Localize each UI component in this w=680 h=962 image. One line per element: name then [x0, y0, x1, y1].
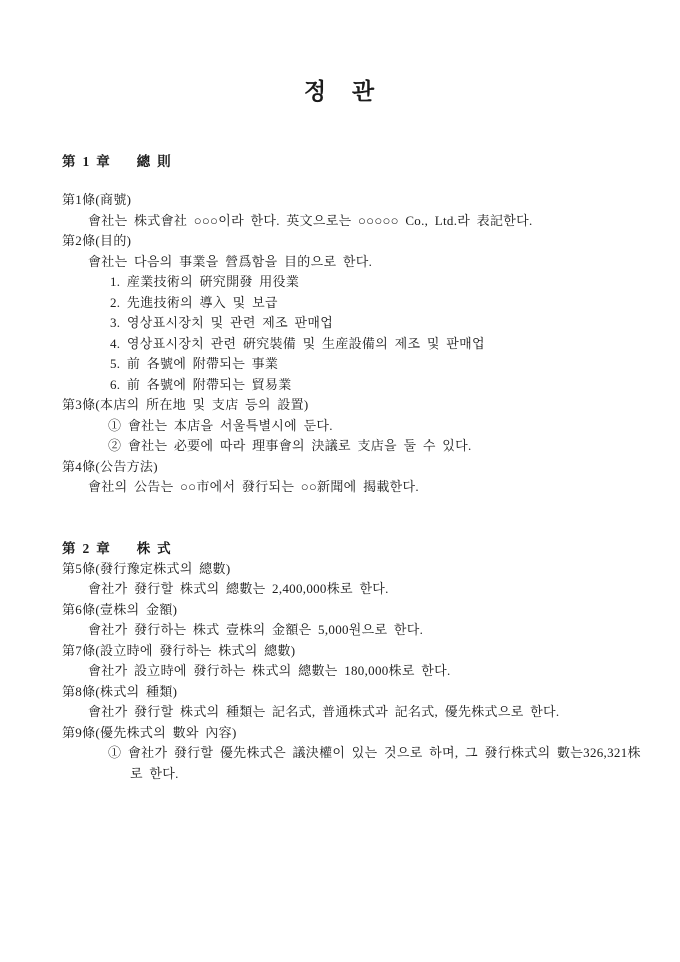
- article-6: 第6條(壹株의 金額) 會社가 發行하는 株式 壹株의 金額은 5,000원으로…: [0, 600, 680, 641]
- article-1: 第1條(商號) 會社는 株式會社 ○○○이라 한다. 英文으로는 ○○○○○ C…: [0, 190, 680, 231]
- business-item: 3. 영상표시장치 및 관련 제조 판매업: [0, 313, 680, 334]
- chapter-1-heading: 第 1 章 總 則: [0, 151, 680, 172]
- article-8: 第8條(株式의 種類) 會社가 發行할 株式의 種類는 記名式, 普通株式과 記…: [0, 682, 680, 723]
- article-8-body-line: 會社가 發行할 株式의 種類는 記名式, 普通株式과 記名式, 優先株式으로 한…: [0, 702, 680, 723]
- article-5-heading: 第5條(發行豫定株式의 總數): [0, 559, 680, 580]
- article-4-body-line: 會社의 公告는 ○○市에서 發行되는 ○○新聞에 揭載한다.: [0, 477, 680, 498]
- article-9-heading: 第9條(優先株式의 數와 內容): [0, 723, 680, 744]
- article-2-body-line: 會社는 다음의 事業을 營爲함을 目的으로 한다.: [0, 252, 680, 273]
- article-1-heading: 第1條(商號): [0, 190, 680, 211]
- article-3: 第3條(本店의 所在地 및 支店 등의 設置) ① 會社는 本店을 서울특별시에…: [0, 395, 680, 457]
- article-9: 第9條(優先株式의 數와 內容) ① 會社가 發行할 優先株式은 議決權이 있는…: [0, 723, 680, 785]
- article-5-body-line: 會社가 發行할 株式의 總數는 2,400,000株로 한다.: [0, 579, 680, 600]
- article-1-body-line: 會社는 株式會社 ○○○이라 한다. 英文으로는 ○○○○○ Co., Ltd.…: [0, 211, 680, 232]
- business-item: 1. 産業技術의 硏究開發 用役業: [0, 272, 680, 293]
- article-paragraph: ① 會社는 本店을 서울특별시에 둔다.: [0, 416, 680, 437]
- business-item: 4. 영상표시장치 관련 硏究裝備 및 生産設備의 제조 및 판매업: [0, 334, 680, 355]
- chapter-2-heading: 第 2 章 株 式: [0, 538, 680, 559]
- article-6-heading: 第6條(壹株의 金額): [0, 600, 680, 621]
- article-3-heading: 第3條(本店의 所在地 및 支店 등의 設置): [0, 395, 680, 416]
- article-7: 第7條(設立時에 發行하는 株式의 總數) 會社가 設立時에 發行하는 株式의 …: [0, 641, 680, 682]
- article-4-heading: 第4條(公告方法): [0, 457, 680, 478]
- article-2: 第2條(目的) 會社는 다음의 事業을 營爲함을 目的으로 한다. 1. 産業技…: [0, 231, 680, 395]
- article-8-heading: 第8條(株式의 種類): [0, 682, 680, 703]
- article-7-body-line: 會社가 設立時에 發行하는 株式의 總數는 180,000株로 한다.: [0, 661, 680, 682]
- article-4: 第4條(公告方法) 會社의 公告는 ○○市에서 發行되는 ○○新聞에 揭載한다.: [0, 457, 680, 498]
- business-item: 5. 前 各號에 附帶되는 事業: [0, 354, 680, 375]
- business-item: 2. 先進技術의 導入 및 보급: [0, 293, 680, 314]
- article-2-heading: 第2條(目的): [0, 231, 680, 252]
- chapter-2: 第 2 章 株 式 第5條(發行豫定株式의 總數) 會社가 發行할 株式의 總數…: [0, 538, 680, 785]
- article-paragraph: ① 會社가 發行할 優先株式은 議決權이 있는 것으로 하며, 그 發行株式의 …: [0, 743, 680, 764]
- paragraph-continuation: 로 한다.: [0, 764, 680, 785]
- article-7-heading: 第7條(設立時에 發行하는 株式의 總數): [0, 641, 680, 662]
- business-item: 6. 前 各號에 附帶되는 貿易業: [0, 375, 680, 396]
- document-title: 정 관: [0, 0, 680, 107]
- document-page: 정 관 第 1 章 總 則 第1條(商號) 會社는 株式會社 ○○○이라 한다.…: [0, 0, 680, 962]
- chapter-1: 第 1 章 總 則 第1條(商號) 會社는 株式會社 ○○○이라 한다. 英文으…: [0, 151, 680, 498]
- article-6-body-line: 會社가 發行하는 株式 壹株의 金額은 5,000원으로 한다.: [0, 620, 680, 641]
- article-5: 第5條(發行豫定株式의 總數) 會社가 發行할 株式의 總數는 2,400,00…: [0, 559, 680, 600]
- article-paragraph: ② 會社는 必要에 따라 理事會의 決議로 支店을 둘 수 있다.: [0, 436, 680, 457]
